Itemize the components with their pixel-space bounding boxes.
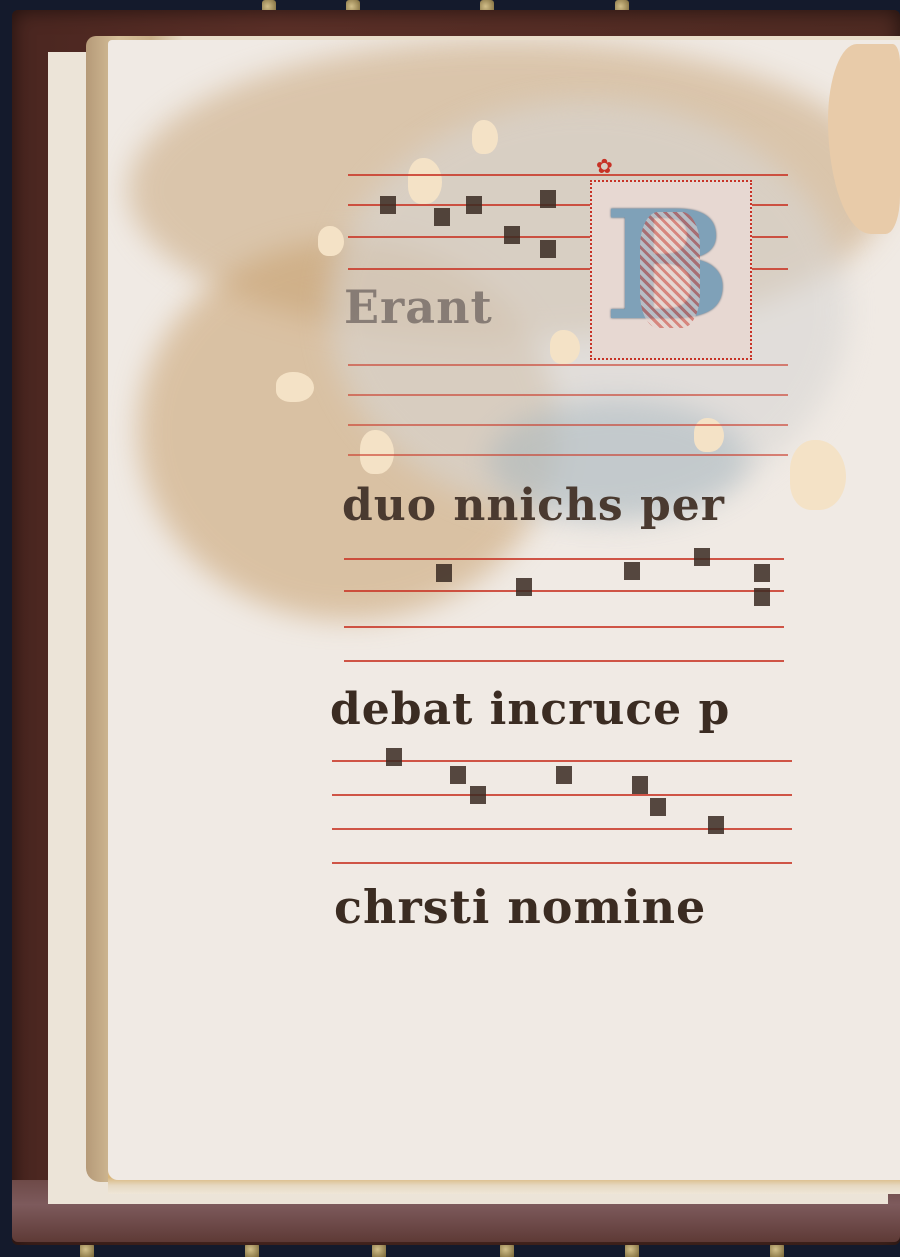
hole bbox=[276, 372, 314, 402]
neume bbox=[556, 766, 572, 784]
staff-line bbox=[348, 394, 788, 396]
neume bbox=[754, 564, 770, 582]
neume bbox=[380, 196, 396, 214]
staff-line bbox=[344, 626, 784, 628]
neume bbox=[624, 562, 640, 580]
neume bbox=[754, 588, 770, 606]
neume bbox=[434, 208, 450, 226]
neume bbox=[632, 776, 648, 794]
initial-floral-fill bbox=[640, 212, 700, 328]
lyric-line-1: Erant bbox=[344, 280, 493, 334]
neume bbox=[466, 196, 482, 214]
staff-line bbox=[332, 862, 792, 864]
illuminated-initial: B bbox=[590, 180, 752, 360]
neume bbox=[708, 816, 724, 834]
neume bbox=[540, 240, 556, 258]
staff-line bbox=[344, 660, 784, 662]
neume bbox=[450, 766, 466, 784]
staff-line bbox=[344, 558, 784, 560]
staff-line bbox=[348, 364, 788, 366]
neume bbox=[504, 226, 520, 244]
staff-line bbox=[348, 424, 788, 426]
neume bbox=[470, 786, 486, 804]
neume bbox=[650, 798, 666, 816]
manuscript-page: B ✿ Erant duo nnichs per debat incruce p… bbox=[108, 40, 900, 1180]
hole bbox=[790, 440, 846, 510]
hole bbox=[360, 430, 394, 474]
staff-line bbox=[344, 590, 784, 592]
lyric-line-4: chrsti nomine bbox=[334, 880, 706, 934]
lyric-line-3: debat incruce p bbox=[330, 684, 730, 735]
brass-stud bbox=[500, 1243, 514, 1257]
neume bbox=[540, 190, 556, 208]
hole bbox=[550, 330, 580, 364]
lyric-line-2: duo nnichs per bbox=[342, 480, 725, 531]
brass-stud bbox=[245, 1243, 259, 1257]
brass-stud bbox=[770, 1243, 784, 1257]
staff-line bbox=[348, 454, 788, 456]
neume bbox=[386, 748, 402, 766]
red-flourish-icon: ✿ bbox=[596, 154, 613, 178]
neume bbox=[694, 548, 710, 566]
hole bbox=[472, 120, 498, 154]
hole bbox=[318, 226, 344, 256]
neume bbox=[516, 578, 532, 596]
staff-line bbox=[332, 794, 792, 796]
staff-line bbox=[348, 174, 788, 176]
brass-stud bbox=[80, 1243, 94, 1257]
brass-stud bbox=[372, 1243, 386, 1257]
hole bbox=[408, 158, 442, 204]
neume bbox=[436, 564, 452, 582]
brass-stud bbox=[625, 1243, 639, 1257]
